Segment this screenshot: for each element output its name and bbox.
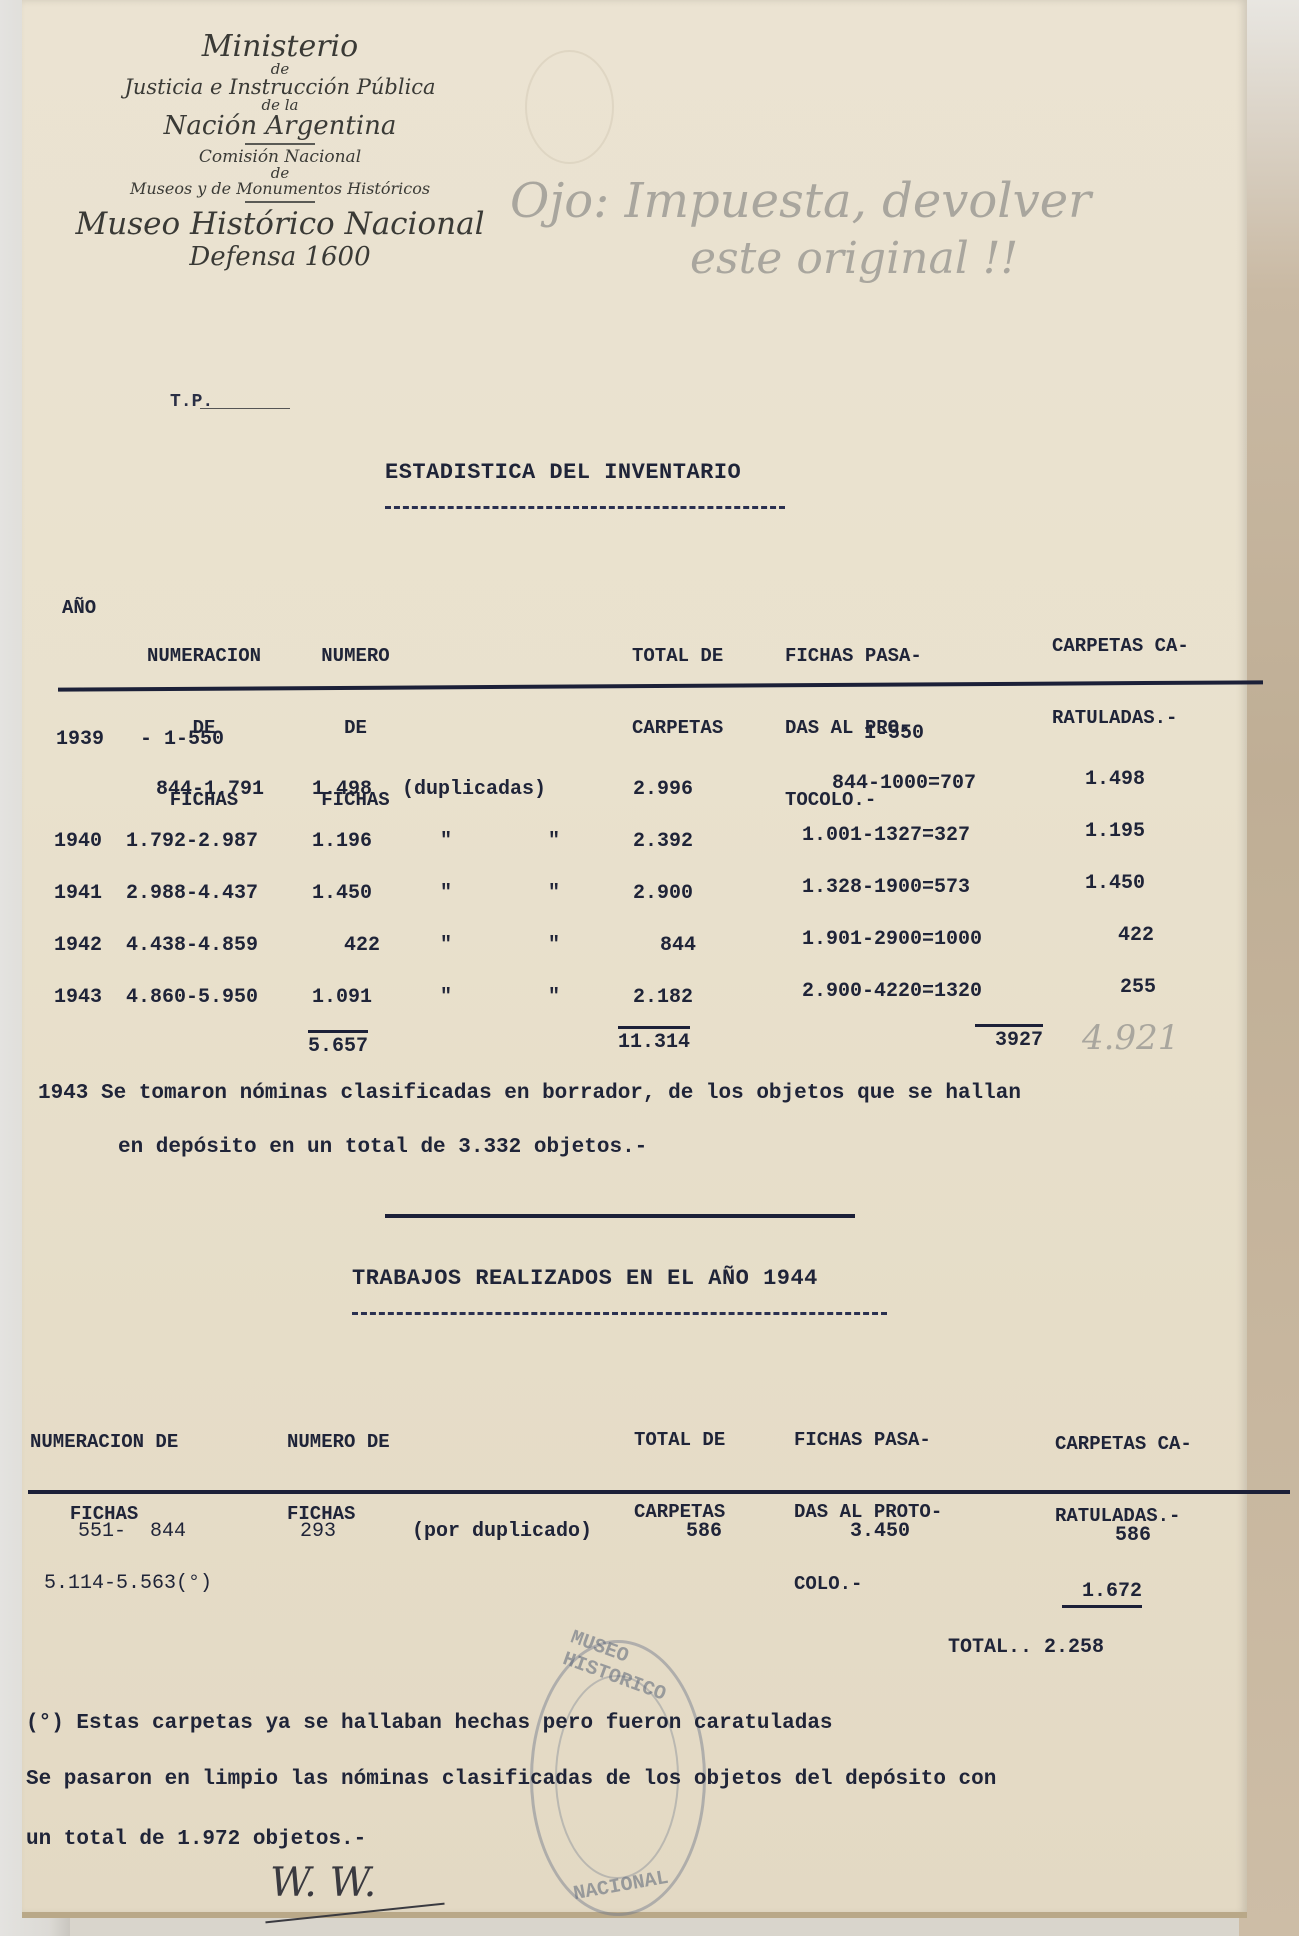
cell-numeracion: - 1-550 <box>140 728 224 751</box>
pencil-note-line1: Ojo: Impuesta, devolver <box>510 175 1091 228</box>
header-pasadas-1: FICHAS PASA- <box>785 644 922 668</box>
section1-title-dashes <box>385 506 785 509</box>
header-carpetas-caratuladas: CARPETAS CA- RATULADAS.- <box>1052 586 1189 754</box>
embossed-seal <box>525 50 614 164</box>
total-numero: 5.657 <box>308 1030 368 1058</box>
letterhead-museo-historico: Museo Histórico Nacional <box>70 209 490 240</box>
closing-line1: Se pasaron en limpio las nóminas clasifi… <box>26 1768 996 1791</box>
cell-caratuladas: 1.672 <box>1062 1580 1142 1608</box>
section2-title: TRABAJOS REALIZADOS EN EL AÑO 1944 <box>352 1266 818 1291</box>
closing-line2: un total de 1.972 objetos.- <box>26 1828 366 1851</box>
cell-pasadas: 1-550 <box>864 722 924 745</box>
reference-initials: T.P. <box>170 392 213 412</box>
cell-year: 1943 <box>54 986 102 1009</box>
header-numero-1: NUMERO <box>308 644 403 668</box>
cell-year: 1940 <box>54 830 102 853</box>
total-carpetas: 11.314 <box>618 1026 690 1054</box>
s2-header-fichas-pasadas: FICHAS PASA- DAS AL PROTO- COLO.- <box>794 1380 942 1620</box>
cell-pasadas: 1.328-1900=573 <box>802 876 970 899</box>
section1-note-line1: 1943 Se tomaron nóminas clasificadas en … <box>38 1082 1021 1105</box>
cell-numero: 293 <box>300 1520 336 1543</box>
letterhead-museos: Museos y de Monumentos Históricos <box>70 181 490 197</box>
cell-total: 2.392 <box>633 830 693 853</box>
cell-nota: (duplicadas) <box>402 778 546 801</box>
cell-year: 1942 <box>54 934 102 957</box>
cell-numero: 1.196 <box>312 830 372 853</box>
signature-initials: W. W. <box>270 1860 376 1906</box>
section2-header-rule <box>28 1490 1290 1494</box>
header-total-1: TOTAL DE <box>632 644 723 668</box>
pencil-note-line2: este original !! <box>690 235 1018 283</box>
cell-nota: " " <box>440 830 560 853</box>
cell-numeracion: 4.438-4.859 <box>126 934 258 957</box>
cell-total: 844 <box>660 934 696 957</box>
header-numeracion-1: NUMERACION <box>124 644 284 668</box>
cell-caratuladas: 586 <box>1115 1524 1151 1547</box>
cell-caratuladas: 1.450 <box>1085 872 1145 895</box>
header-total-carpetas: TOTAL DE CARPETAS <box>632 596 723 764</box>
cell-numeracion: 2.988-4.437 <box>126 882 258 905</box>
cell-nota: " " <box>440 882 560 905</box>
letterhead-justicia: Justicia e Instrucción Pública <box>70 77 490 98</box>
section1-note-line2: en depósito en un total de 3.332 objetos… <box>118 1136 647 1159</box>
cell-total: 2.996 <box>633 778 693 801</box>
letterhead-ministerio: Ministerio <box>70 32 490 62</box>
s2-header-caratuladas-1: CARPETAS CA- <box>1055 1432 1192 1456</box>
cell-caratuladas: 1.195 <box>1085 820 1145 843</box>
cell-caratuladas: 1.498 <box>1085 768 1145 791</box>
header-total-2: CARPETAS <box>632 716 723 740</box>
cell-year: 1939 <box>56 728 104 751</box>
cell-pasadas: 3.450 <box>850 1520 910 1543</box>
cell-numeracion: 844-1.791 <box>156 778 264 801</box>
reference-line <box>200 408 290 409</box>
cell-total: 2.900 <box>633 882 693 905</box>
cell-year: 1941 <box>54 882 102 905</box>
cell-nota: " " <box>440 934 560 957</box>
document-page <box>22 0 1247 1915</box>
cell-pasadas: 1.901-2900=1000 <box>802 928 982 951</box>
letterhead: Ministerio de Justicia e Instrucción Púb… <box>70 32 490 270</box>
letterhead-rule <box>245 143 315 145</box>
cell-pasadas: 844-1000=707 <box>832 772 976 795</box>
section1-title: ESTADISTICA DEL INVENTARIO <box>385 460 741 485</box>
cell-caratuladas: 422 <box>1118 924 1154 947</box>
header-numero-2: DE <box>308 716 403 740</box>
letterhead-address: Defensa 1600 <box>70 244 490 270</box>
pencil-total: 4.921 <box>1082 1020 1179 1057</box>
folder-edge <box>1239 0 1299 1936</box>
section-divider <box>385 1214 855 1218</box>
cell-numeracion: 1.792-2.987 <box>126 830 258 853</box>
total-pasadas: 3927 <box>975 1024 1043 1052</box>
cell-numero: 1.498 <box>312 778 372 801</box>
header-caratuladas-1: CARPETAS CA- <box>1052 634 1189 658</box>
cell-numero: 1.450 <box>312 882 372 905</box>
cell-nota: " " <box>440 986 560 1009</box>
header-year: AÑO <box>62 596 96 620</box>
cell-numeracion: 5.114-5.563(°) <box>44 1572 212 1595</box>
s2-header-pasadas-3: COLO.- <box>794 1572 942 1596</box>
cell-total: 586 <box>686 1520 722 1543</box>
section2-total: TOTAL.. 2.258 <box>948 1636 1104 1659</box>
letterhead-rule-2 <box>245 201 315 203</box>
s2-header-numeracion-1: NUMERACION DE <box>30 1430 178 1454</box>
s2-header-pasadas-1: FICHAS PASA- <box>794 1428 942 1452</box>
header-caratuladas-2: RATULADAS.- <box>1052 706 1189 730</box>
cell-numero: 422 <box>344 934 380 957</box>
s2-header-total-1: TOTAL DE <box>634 1428 725 1452</box>
letterhead-nacion: Nación Argentina <box>70 113 490 139</box>
cell-numeracion: 4.860-5.950 <box>126 986 258 1009</box>
cell-total: 2.182 <box>633 986 693 1009</box>
cell-numeracion: 551- 844 <box>78 1520 186 1543</box>
cell-pasadas: 1.001-1327=327 <box>802 824 970 847</box>
cell-caratuladas: 255 <box>1120 976 1156 999</box>
cell-pasadas: 2.900-4220=1320 <box>802 980 982 1003</box>
header-fichas-pasadas: FICHAS PASA- DAS AL PRO- TOCOLO.- <box>785 596 922 836</box>
cell-nota: (por duplicado) <box>412 1520 592 1543</box>
s2-header-numero-1: NUMERO DE <box>287 1430 390 1454</box>
section2-title-dashes <box>352 1312 887 1315</box>
footnote: (°) Estas carpetas ya se hallaban hechas… <box>26 1712 833 1735</box>
cell-numero: 1.091 <box>312 986 372 1009</box>
